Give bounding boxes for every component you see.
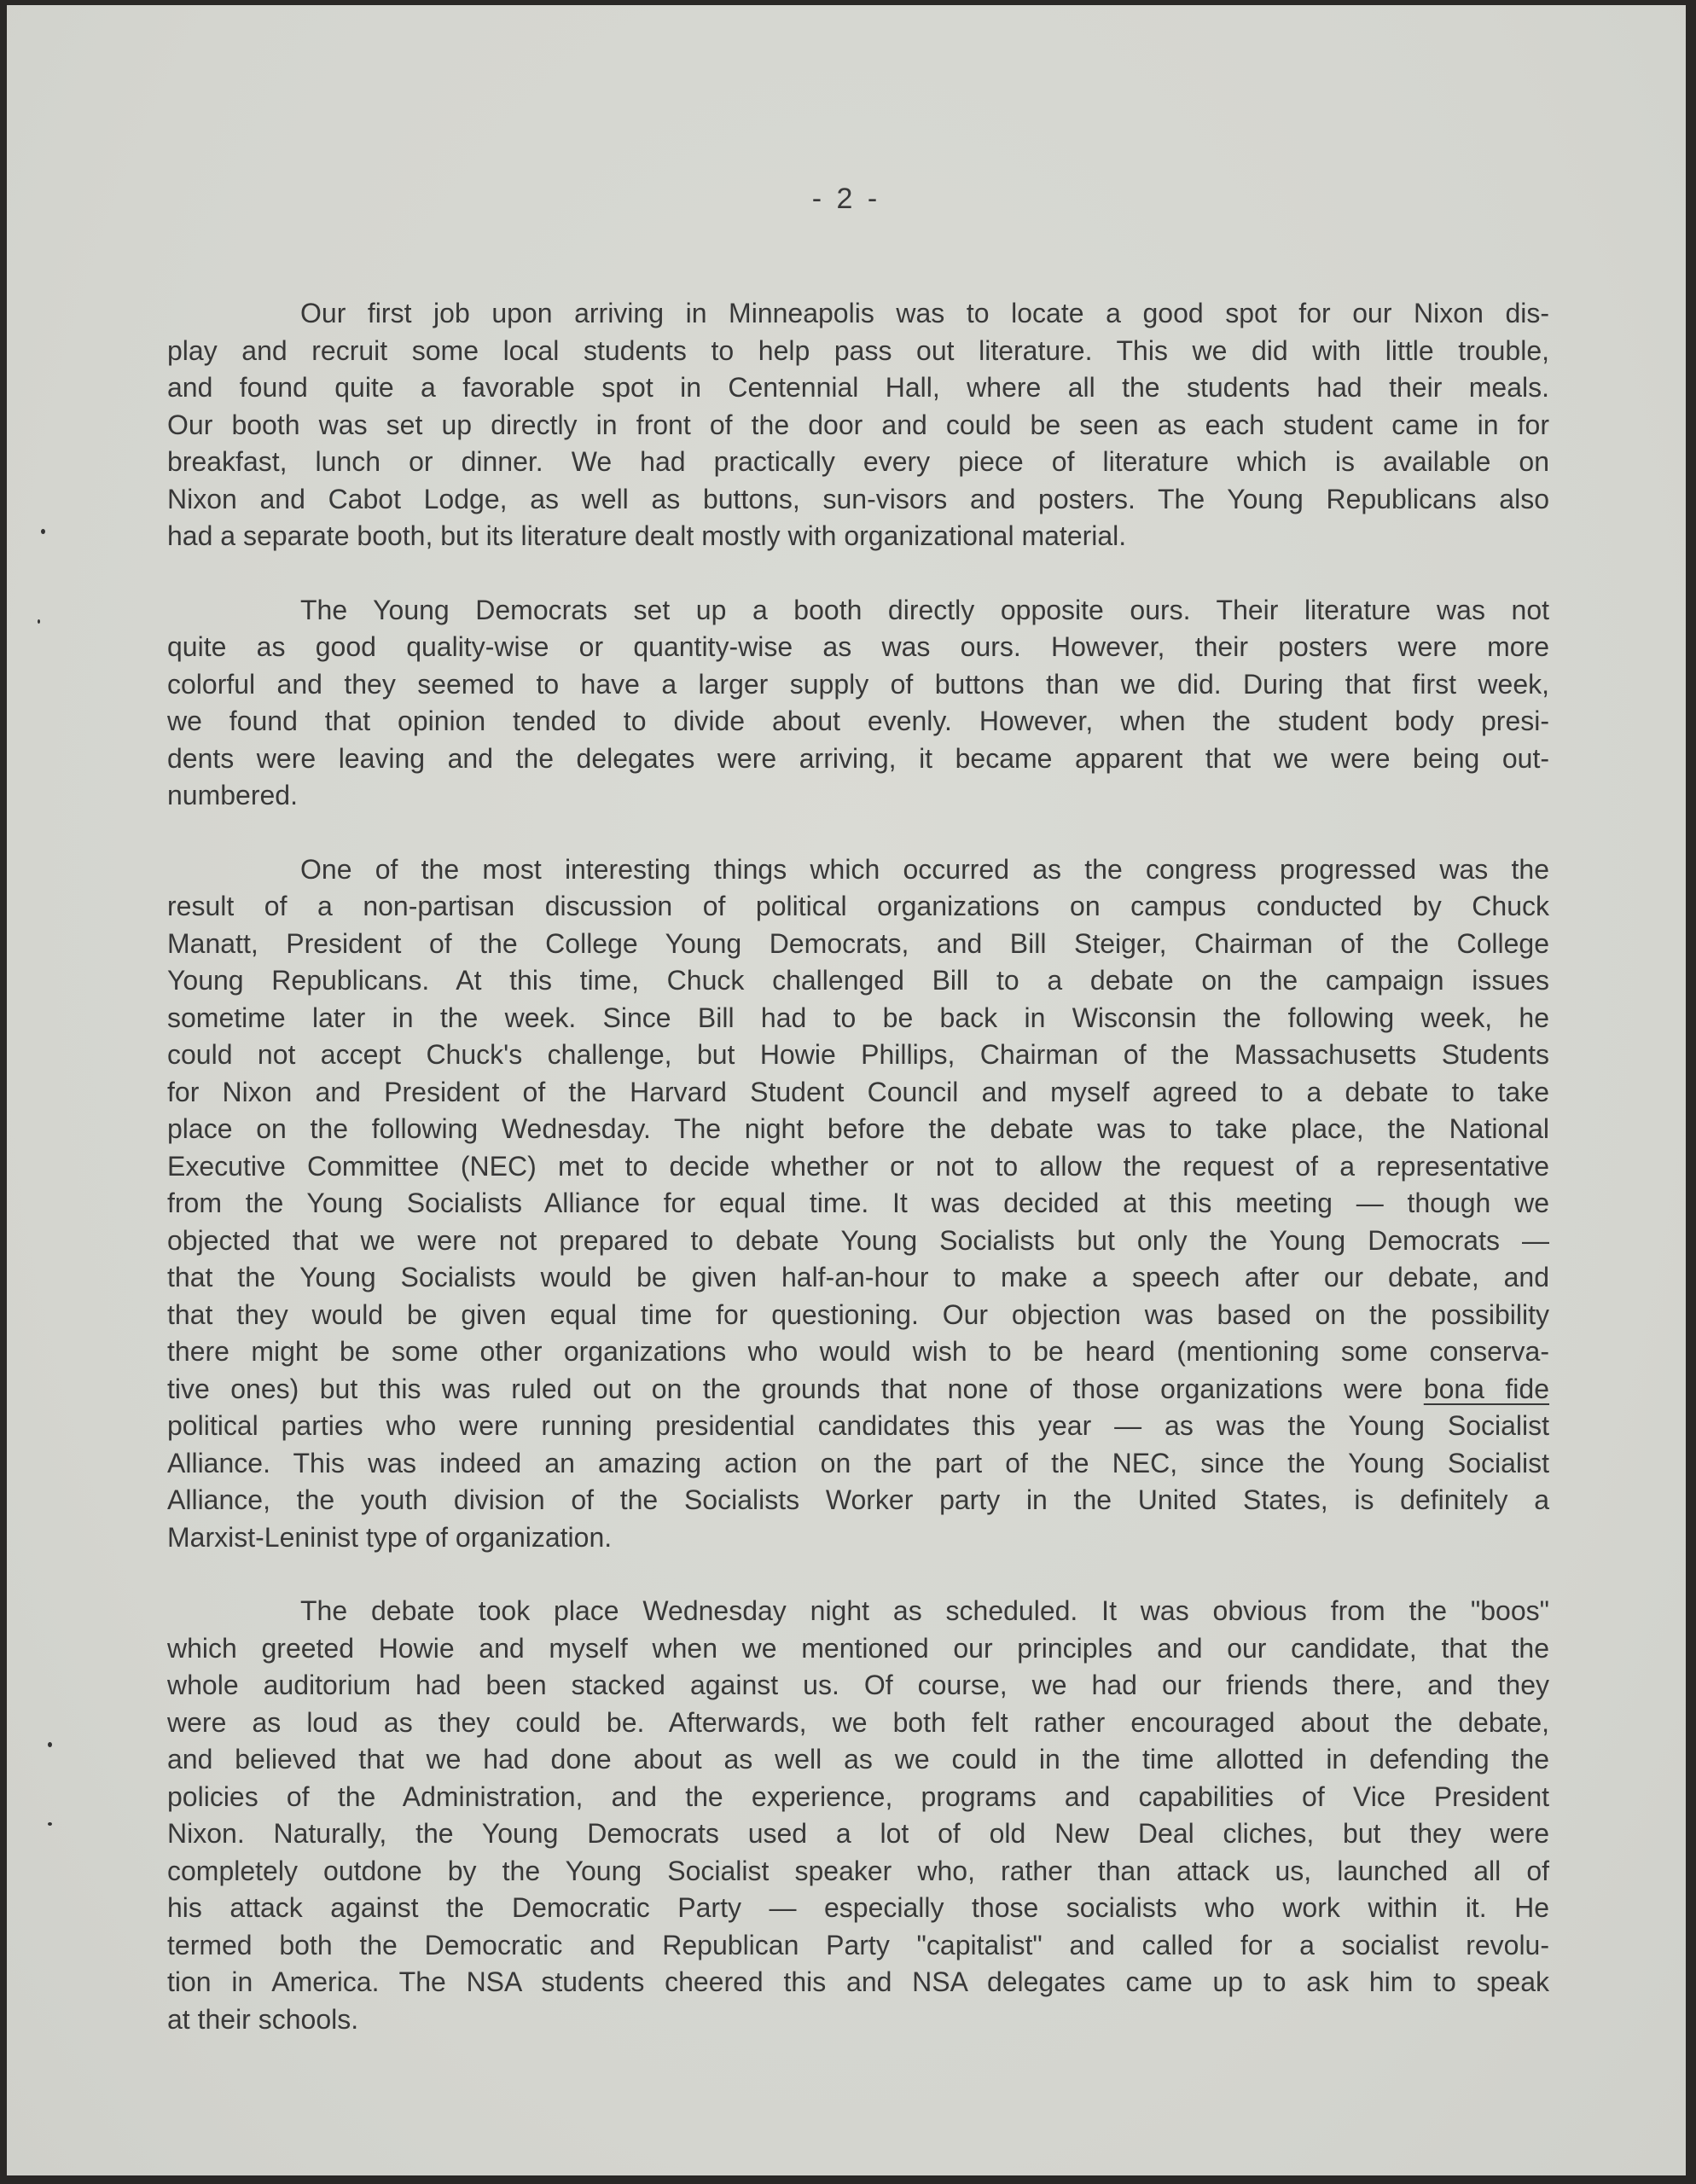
- text-line: colorful and they seemed to have a large…: [167, 666, 1549, 704]
- text-line: quite as good quality-wise or quantity-w…: [167, 629, 1549, 666]
- text-line: tive ones) but this was ruled out on the…: [167, 1371, 1549, 1409]
- text-line: Alliance, the youth division of the Soci…: [167, 1482, 1549, 1519]
- text-line: political parties who were running presi…: [167, 1408, 1549, 1445]
- text-line: had a separate booth, but its literature…: [167, 518, 1549, 555]
- text-line: Marxist-Leninist type of organization.: [167, 1519, 1549, 1557]
- text-line: numbered.: [167, 777, 1549, 815]
- underlined-phrase: bona fide: [1424, 1374, 1549, 1404]
- paragraph: The debate took place Wednesday night as…: [167, 1593, 1549, 2038]
- text-line: and found quite a favorable spot in Cent…: [167, 369, 1549, 407]
- page-number: - 2 -: [7, 183, 1686, 216]
- text-line: Manatt, President of the College Young D…: [167, 926, 1549, 963]
- margin-mark: [41, 529, 45, 534]
- text-line: Executive Committee (NEC) met to decide …: [167, 1148, 1549, 1186]
- text-line: Our booth was set up directly in front o…: [167, 407, 1549, 444]
- document-page: - 2 - Our first job upon arriving in Min…: [7, 5, 1686, 2175]
- text-line: Nixon. Naturally, the Young Democrats us…: [167, 1815, 1549, 1853]
- text-line: Young Republicans. At this time, Chuck c…: [167, 962, 1549, 1000]
- text-line: Our first job upon arriving in Minneapol…: [167, 295, 1549, 333]
- text-line: that the Young Socialists would be given…: [167, 1259, 1549, 1297]
- text-line: his attack against the Democratic Party …: [167, 1890, 1549, 1927]
- text-line: we found that opinion tended to divide a…: [167, 703, 1549, 741]
- text-line: which greeted Howie and myself when we m…: [167, 1630, 1549, 1668]
- text-line: that they would be given equal time for …: [167, 1297, 1549, 1334]
- text-line: breakfast, lunch or dinner. We had pract…: [167, 444, 1549, 481]
- text-line: there might be some other organizations …: [167, 1333, 1549, 1371]
- text-line: were as loud as they could be. Afterward…: [167, 1705, 1549, 1742]
- text-line: sometime later in the week. Since Bill h…: [167, 1000, 1549, 1037]
- text-line: for Nixon and President of the Harvard S…: [167, 1074, 1549, 1112]
- text-line: The debate took place Wednesday night as…: [167, 1593, 1549, 1630]
- text-line: objected that we were not prepared to de…: [167, 1223, 1549, 1260]
- text-line: tion in America. The NSA students cheere…: [167, 1964, 1549, 2001]
- text-line: The Young Democrats set up a booth direc…: [167, 592, 1549, 630]
- text-line: could not accept Chuck's challenge, but …: [167, 1037, 1549, 1074]
- text-line: termed both the Democratic and Republica…: [167, 1927, 1549, 1965]
- text-line: result of a non-partisan discussion of p…: [167, 888, 1549, 926]
- text-line: at their schools.: [167, 2001, 1549, 2039]
- text-line: from the Young Socialists Alliance for e…: [167, 1185, 1549, 1223]
- text-line: and believed that we had done about as w…: [167, 1741, 1549, 1779]
- paragraph: Our first job upon arriving in Minneapol…: [167, 295, 1549, 555]
- margin-mark: [38, 619, 40, 624]
- paragraph: The Young Democrats set up a booth direc…: [167, 592, 1549, 815]
- text-line: Nixon and Cabot Lodge, as well as button…: [167, 481, 1549, 519]
- paragraph: One of the most interesting things which…: [167, 851, 1549, 1557]
- text-line: One of the most interesting things which…: [167, 851, 1549, 889]
- margin-mark: [48, 1742, 52, 1747]
- text-line: dents were leaving and the delegates wer…: [167, 741, 1549, 778]
- document-body: Our first job upon arriving in Minneapol…: [167, 295, 1549, 2075]
- text-line: play and recruit some local students to …: [167, 333, 1549, 370]
- margin-mark: [48, 1822, 52, 1826]
- text-line: completely outdone by the Young Socialis…: [167, 1853, 1549, 1891]
- text-line: whole auditorium had been stacked agains…: [167, 1667, 1549, 1705]
- text-line: Alliance. This was indeed an amazing act…: [167, 1445, 1549, 1483]
- text-line: policies of the Administration, and the …: [167, 1779, 1549, 1816]
- text-line: place on the following Wednesday. The ni…: [167, 1111, 1549, 1148]
